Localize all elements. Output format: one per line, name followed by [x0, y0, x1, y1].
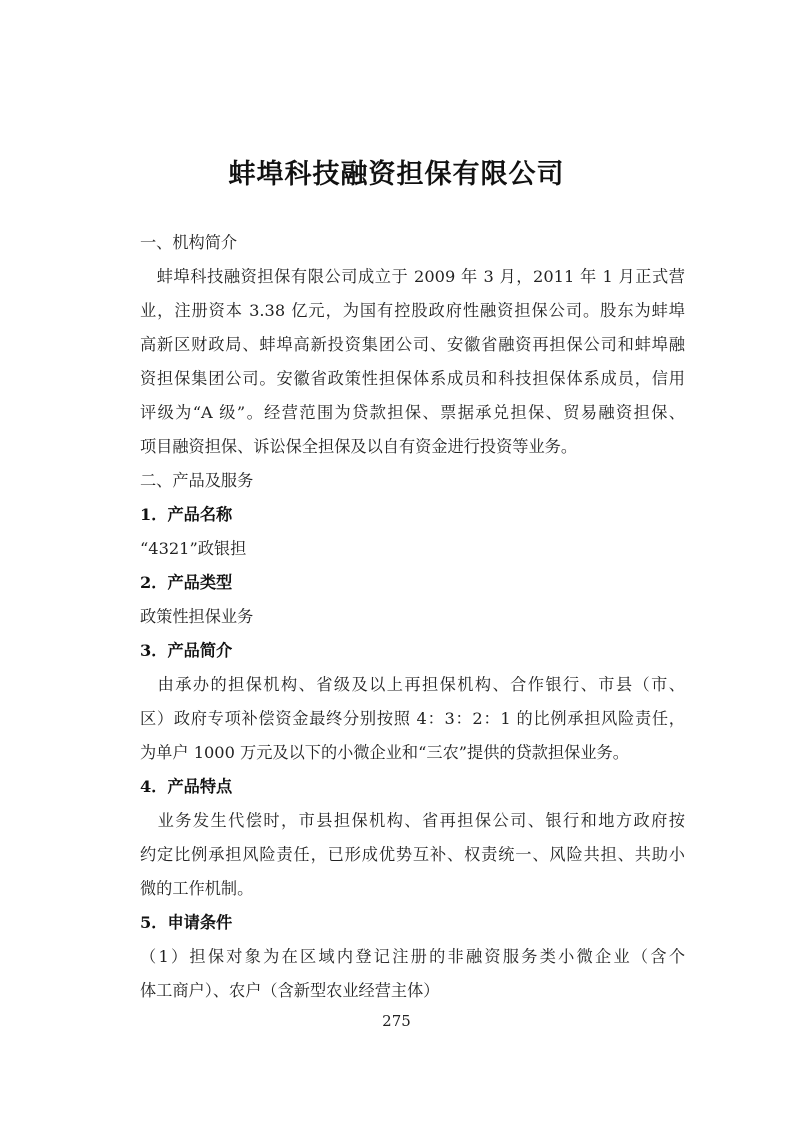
paragraph-line: 业务发生代偿时，市县担保机构、省再担保公司、银行和地方政府按: [140, 810, 685, 832]
paragraph-line: 约定比例承担风险责任，已形成优势互补、权责统一、风险共担、共助小: [140, 844, 685, 866]
paragraph-line: （1）担保对象为在区域内登记注册的非融资服务类小微企业（含个: [140, 946, 685, 968]
section-heading-institution-intro: 一、机构简介: [140, 232, 680, 254]
paragraph-line: 资担保集团公司。安徽省政策性担保体系成员和科技担保体系成员，信用: [140, 368, 685, 390]
subheading-product-type: 2．产品类型: [140, 572, 680, 594]
section-heading-products-services: 二、产品及服务: [140, 470, 680, 492]
paragraph-line: 区）政府专项补偿资金最终分别按照 4：3：2：1 的比例承担风险责任，: [140, 708, 685, 730]
page-number: 275: [0, 1012, 793, 1030]
subheading-product-intro: 3．产品简介: [140, 640, 680, 662]
subheading-application-conditions: 5．申请条件: [140, 912, 680, 934]
paragraph-line: 微的工作机制。: [140, 878, 680, 900]
paragraph-line: 蚌埠科技融资担保有限公司成立于 2009 年 3 月，2011 年 1 月正式营: [140, 266, 685, 288]
subheading-product-name: 1．产品名称: [140, 504, 680, 526]
paragraph-line: 高新区财政局、蚌埠高新投资集团公司、安徽省融资再担保公司和蚌埠融: [140, 334, 685, 356]
product-type-text: 政策性担保业务: [140, 606, 680, 628]
paragraph-line: 体工商户）、农户（含新型农业经营主体）: [140, 980, 680, 1002]
paragraph-line: 项目融资担保、诉讼保全担保及以自有资金进行投资等业务。: [140, 436, 680, 458]
product-name-text: “4321”政银担: [140, 538, 680, 560]
paragraph-line: 为单户 1000 万元及以下的小微企业和“三农”提供的贷款担保业务。: [140, 742, 680, 764]
paragraph-line: 由承办的担保机构、省级及以上再担保机构、合作银行、市县（市、: [140, 674, 685, 696]
paragraph-line: 评级为“A 级”。经营范围为贷款担保、票据承兑担保、贸易融资担保、: [140, 402, 685, 424]
document-page: 蚌埠科技融资担保有限公司 一、机构简介 蚌埠科技融资担保有限公司成立于 2009…: [0, 0, 793, 1122]
paragraph-line: 业，注册资本 3.38 亿元，为国有控股政府性融资担保公司。股东为蚌埠: [140, 300, 685, 322]
subheading-product-features: 4．产品特点: [140, 776, 680, 798]
document-title: 蚌埠科技融资担保有限公司: [0, 152, 793, 191]
